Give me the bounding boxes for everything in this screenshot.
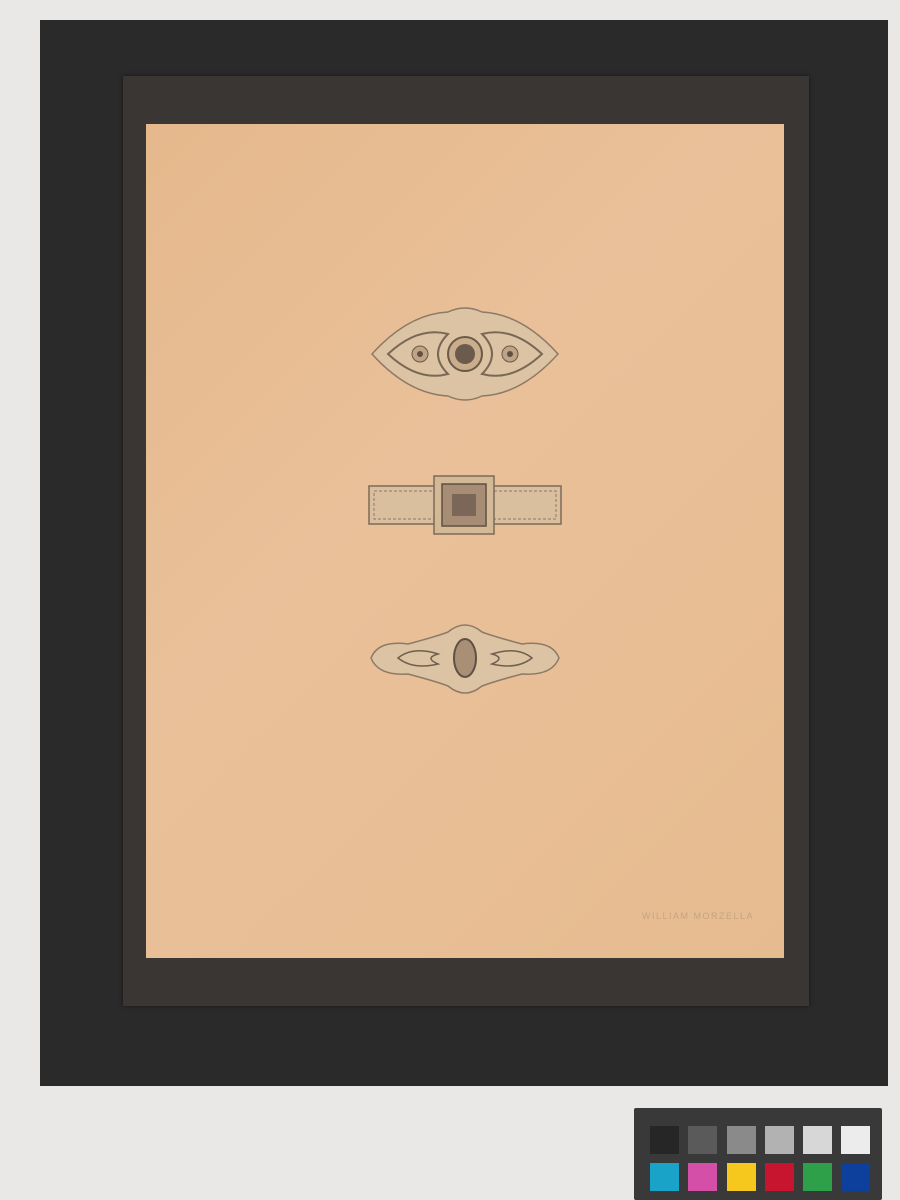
cyan-swatch [650, 1163, 679, 1191]
artist-signature: WILLIAM MORZELLA [642, 911, 754, 921]
bar-brooch-drawing [368, 474, 562, 536]
gray-swatch-6 [841, 1126, 870, 1154]
green-swatch [803, 1163, 832, 1191]
gray-swatch-3 [727, 1126, 756, 1154]
red-swatch [765, 1163, 794, 1191]
gray-swatch-5 [803, 1126, 832, 1154]
blue-swatch [841, 1163, 870, 1191]
magenta-swatch [688, 1163, 717, 1191]
pierced-brooch-drawing [368, 618, 562, 700]
yellow-swatch [727, 1163, 756, 1191]
drawing-paper: WILLIAM MORZELLA [146, 124, 784, 958]
gray-swatch-1 [650, 1126, 679, 1154]
gray-swatch-2 [688, 1126, 717, 1154]
gray-swatch-4 [765, 1126, 794, 1154]
color-calibration-card [634, 1108, 882, 1200]
scroll-brooch-drawing [368, 304, 562, 404]
